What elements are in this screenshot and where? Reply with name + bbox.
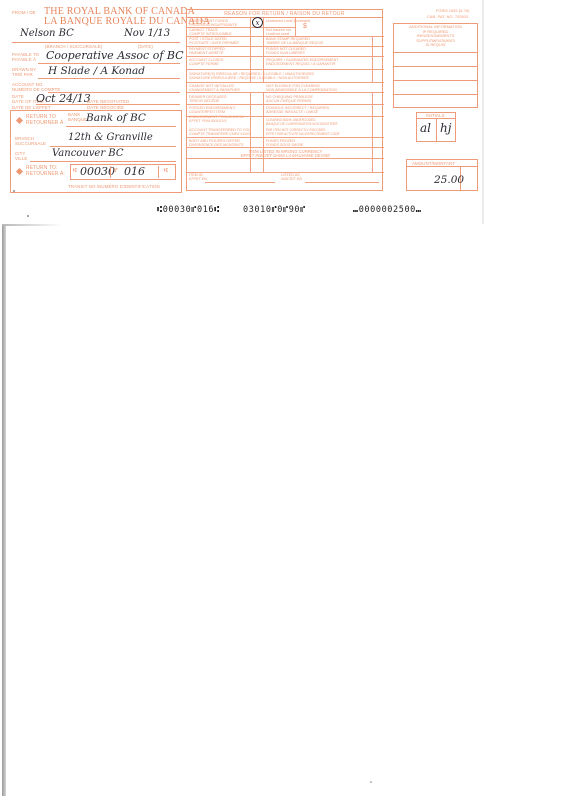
reason-item: BODY AND FIGURES DIFFERDIVERGENCE DES MO… xyxy=(187,138,245,149)
scan-edge xyxy=(482,0,484,224)
reason-item-right: PAR ITEM NOT CORRECTLY ENCODEDEFFET PAR … xyxy=(264,127,342,138)
micr-amount: ⑉0000002500⑉ xyxy=(353,205,422,215)
reason-for-return-grid: REASON FOR RETURN / RAISON DU RETOUR INS… xyxy=(186,9,383,191)
amount-value: 25.00 xyxy=(434,174,464,186)
branch-value: Nelson BC xyxy=(20,28,74,39)
item-in-line xyxy=(205,182,275,183)
transit-label: TRANSIT NO./NUMÉRO D'IDENTIFICATION xyxy=(68,184,160,189)
micr-transit: ⑆00030⑈016⑆ xyxy=(157,205,220,215)
date-line xyxy=(36,104,180,105)
reason-item-right: NOT ELIGIBLE FOR CLEARINGNON ADMISSIBLE … xyxy=(264,83,339,94)
reason-item: ACCOUNT CLOSEDCOMPTE FERMÉ xyxy=(187,57,225,68)
bank-line xyxy=(66,126,176,127)
reason-item: ACCOUNT TRANSFERRED TO YOUCOMPTE TRANSFÉ… xyxy=(187,127,253,138)
amount-line xyxy=(406,166,478,167)
scan-speck xyxy=(370,781,372,783)
info-line xyxy=(393,66,478,67)
transit-divider xyxy=(110,166,111,178)
payable-to-value: Cooperative Assoc of BC xyxy=(46,49,184,62)
return-to2-label-fr: RETOURNER À: xyxy=(26,172,65,177)
transit-divider xyxy=(158,166,159,178)
return-to-label-fr: RETOURNER À xyxy=(26,121,63,126)
dollar-sign: $ xyxy=(303,24,307,29)
info-line xyxy=(393,94,478,95)
page-edge-shadow xyxy=(2,224,62,226)
form-number: FORM 1605 (5-76) xyxy=(436,9,469,14)
branch2-label-fr: SUCCURSALE xyxy=(15,141,46,146)
listed-as-label: LISTED ASINSCRIT EN xyxy=(279,172,304,183)
reason-item-wide: SIGNATURE(S) IRREGULAR / REQUIRED / ILLE… xyxy=(187,71,316,82)
reason-item-right: FUNDS FROZENFONDS SOUS SAISIE xyxy=(264,138,305,149)
initials-divider xyxy=(436,118,437,142)
city-value: Vancouver BC xyxy=(52,148,123,159)
grid-row-line xyxy=(187,69,384,70)
returned-item-slip: FROM / DE THE ROYAL BANK OF CANADA LA BA… xyxy=(0,0,565,225)
reason-item: FORGED ENDORSEMENT/ COUNTERFEIT ITEMENDO… xyxy=(187,105,249,125)
micr-account: 03010⑈0⑈90⑈ xyxy=(243,205,306,215)
transit-symbol-icon: ⑆ xyxy=(164,169,168,174)
from-label: FROM / DE xyxy=(12,10,36,15)
bank-value: Bank of BC xyxy=(86,112,146,124)
blank-page xyxy=(0,226,565,800)
bank-label-fr: BANQUE xyxy=(68,117,87,122)
info-line xyxy=(393,52,478,53)
city-line xyxy=(30,161,176,162)
info-line xyxy=(393,80,478,81)
payable-line xyxy=(38,63,180,64)
reason-item: PAYMENT STOPPEDPAIEMENT ARRÊTÉ xyxy=(187,46,227,57)
amount-label: AMOUNT/MONTANT xyxy=(412,161,455,166)
patent-number: CAN. PAT. NO. 702603 xyxy=(427,15,468,20)
grid-divider xyxy=(372,36,373,82)
branch2-line xyxy=(50,146,176,147)
reason-item-right: NO CHEQUING PRIVILEGEAUCUN CHÈQUE PERMIS xyxy=(264,94,315,105)
drawn-by-line xyxy=(38,78,180,79)
transit-value-b: 016 xyxy=(124,165,145,178)
reason-item: DRAWER DECEASEDTIREUR DÉCÉDÉ xyxy=(187,94,229,105)
listed-as-line xyxy=(305,182,379,183)
checked-mark-icon: x xyxy=(252,17,263,28)
transit-symbol-icon: ⑆ xyxy=(73,169,77,174)
scan-speck xyxy=(27,215,29,217)
branch2-value: 12th & Granville xyxy=(68,132,153,143)
payable-to-label-fr: PAYABLE À xyxy=(12,57,36,62)
additional-info-label: ADDITIONAL INFORMATION IF REQUIRED RENSE… xyxy=(393,25,478,48)
reason-item: CHANGE NOT INITIALLEDCHANGEMENT À PARAPH… xyxy=(187,83,242,94)
drawn-by-value: H Slade / A Konad xyxy=(48,65,145,77)
initials-value-2: hj xyxy=(440,121,451,135)
initials-label: INITIALS xyxy=(426,113,445,118)
date-value: Nov 1/13 xyxy=(124,28,170,39)
reason-item-right: DOMICILE INCORRECT / REQUIREDADRESSE INE… xyxy=(264,105,331,116)
reason-header: REASON FOR RETURN / RAISON DU RETOUR xyxy=(187,10,382,18)
reason-item-right: FUNDS NOT CLEAREDFONDS NON LIBÉRÉS xyxy=(264,46,308,57)
drawn-by-label-fr: TIRÉ PAR xyxy=(12,72,33,77)
city-label-fr: VILLE xyxy=(15,156,27,161)
reason-item-right: REQUIRE / GUARANTEE ENDORSEMENTENDOSSEME… xyxy=(264,57,341,68)
scan-speck xyxy=(13,190,15,192)
page-edge-shadow xyxy=(2,226,6,796)
wrong-currency-label: ITEM LISTED IN WRONG CURRENCYEFFET INSCR… xyxy=(187,149,384,160)
initials-value-1: al xyxy=(420,121,431,135)
branch-line xyxy=(12,42,180,43)
transit-dash-icon: ⑈ xyxy=(114,169,118,174)
